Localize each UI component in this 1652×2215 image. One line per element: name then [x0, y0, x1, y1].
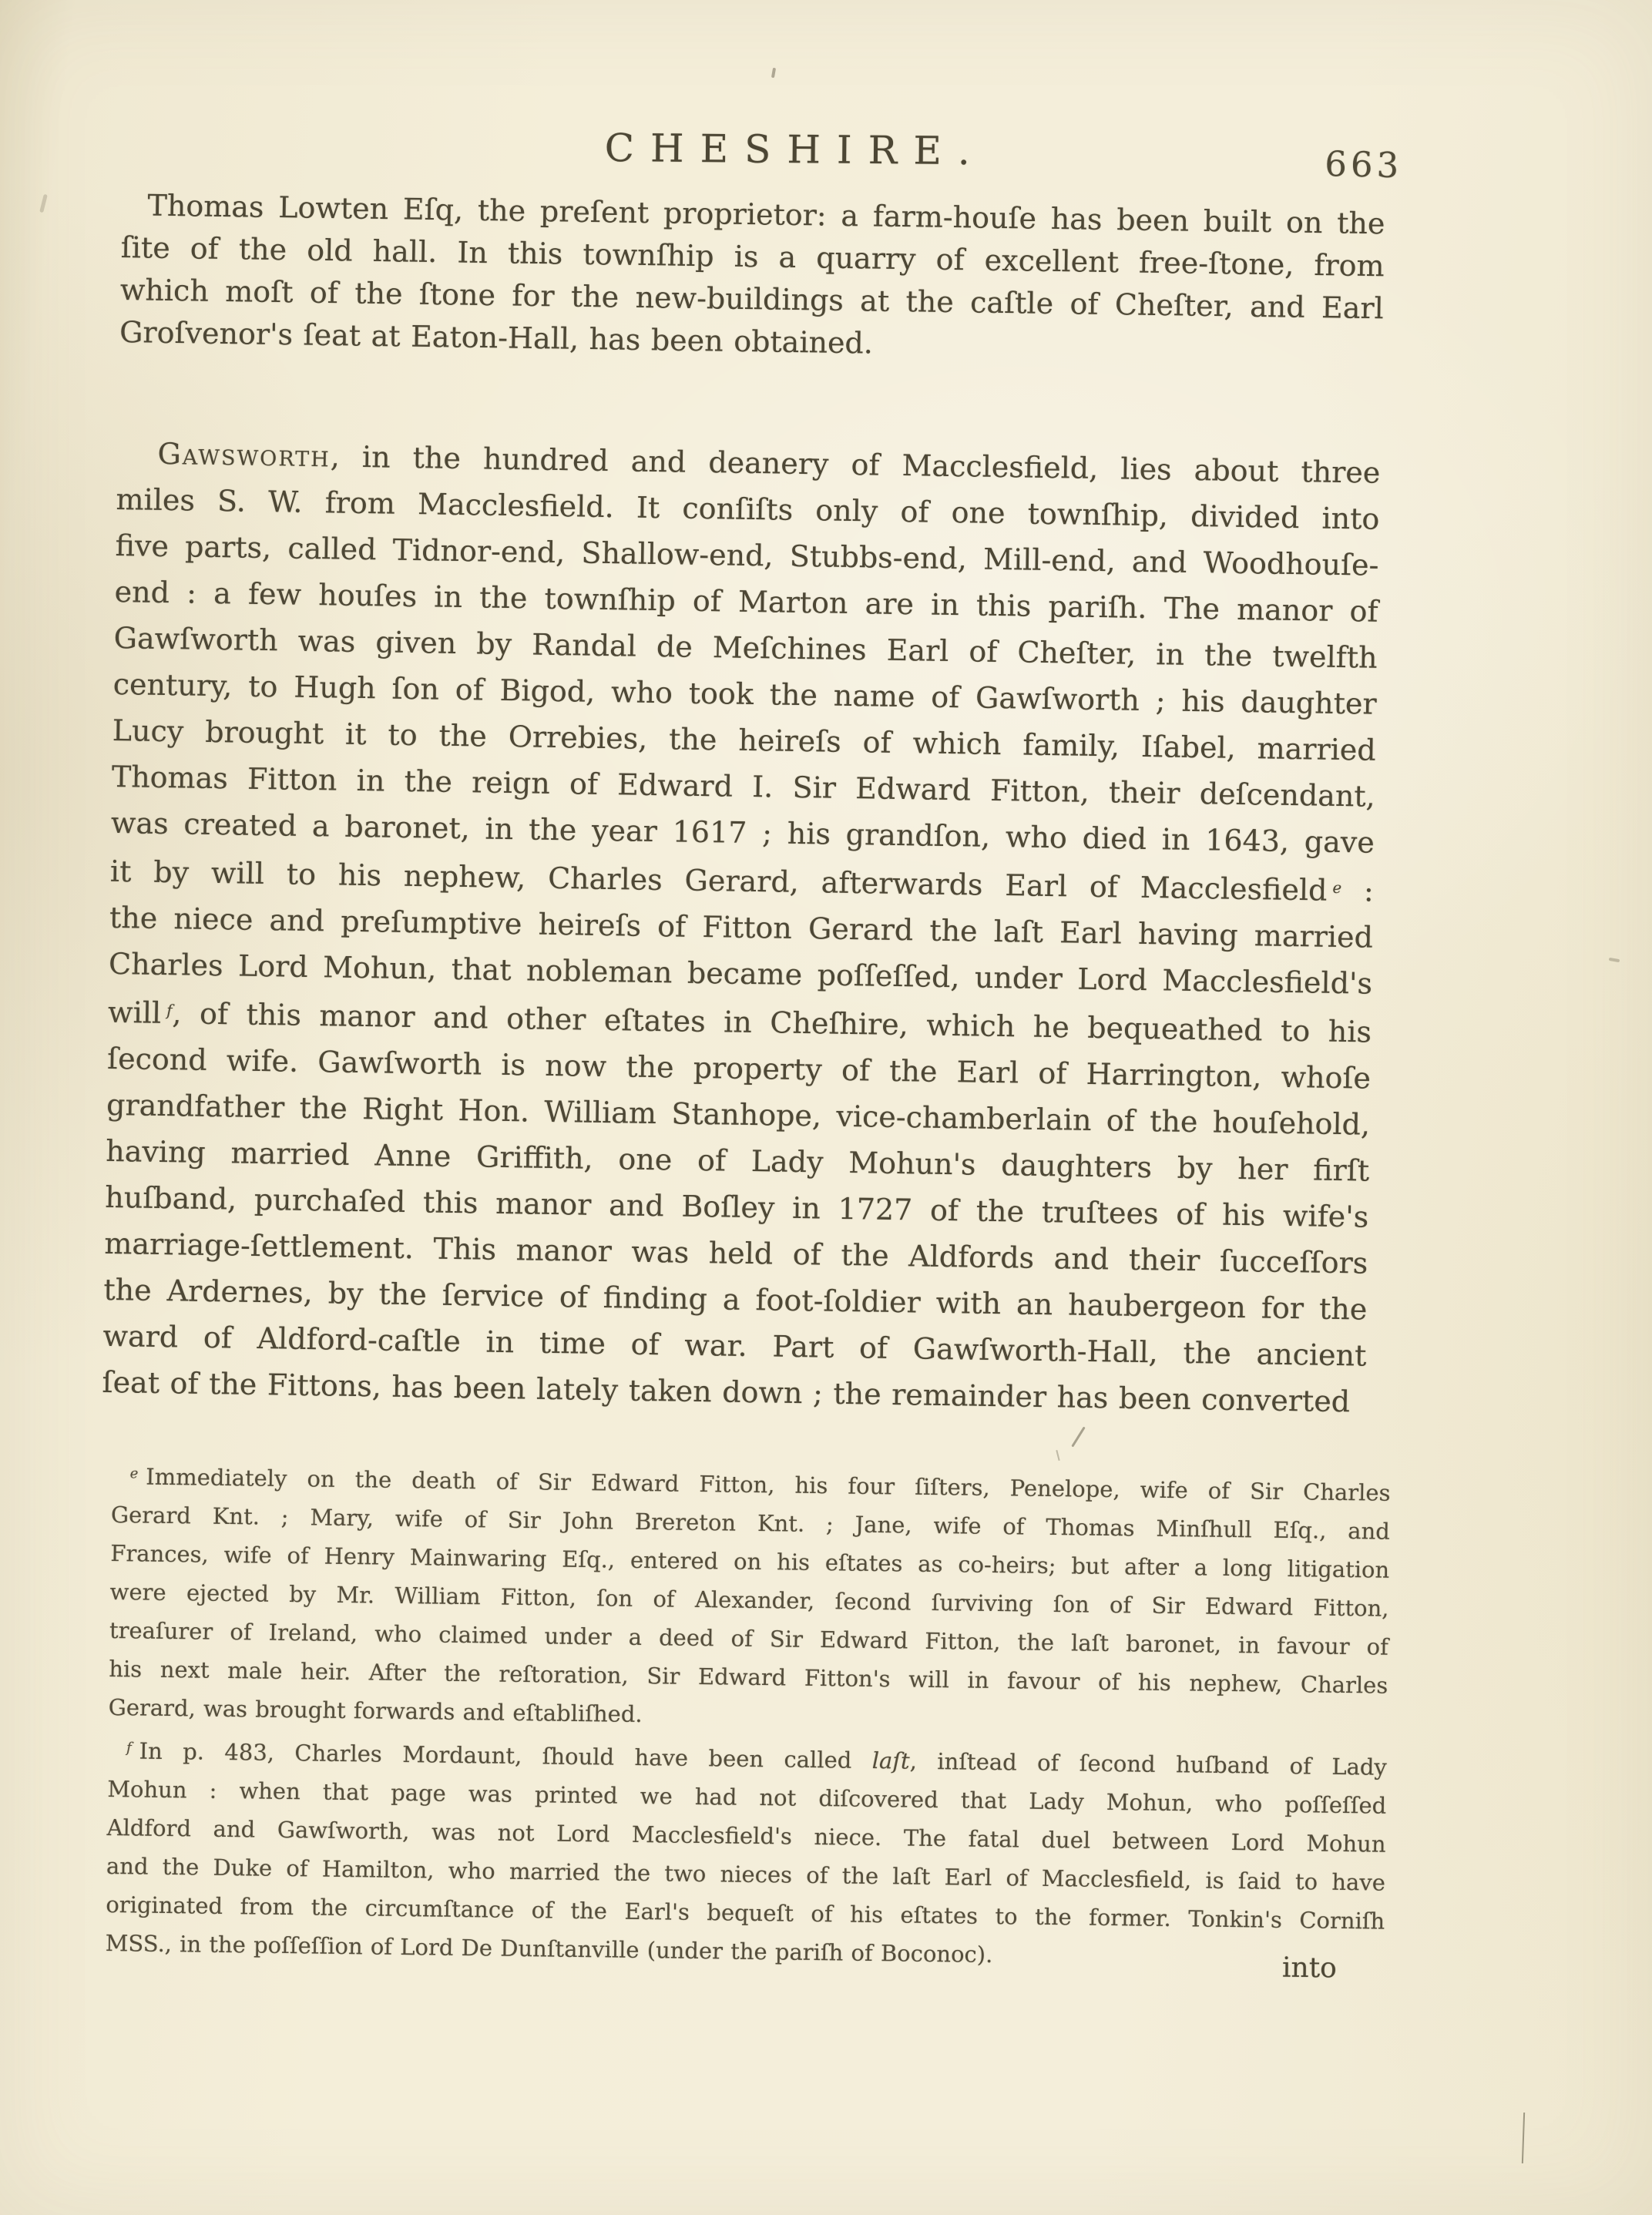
catchword: into	[1282, 1952, 1337, 1985]
page-number: 663	[1325, 143, 1403, 186]
book-page-scan: CHESHIRE. 663 Thomas Lowten Eſq, the pre…	[0, 0, 1652, 2215]
ink-slash-mark	[1071, 1426, 1085, 1447]
main-paragraph-1: Thomas Lowten Eſq, the preſent proprieto…	[119, 184, 1385, 372]
ink-tick-mark	[1056, 1450, 1059, 1461]
footnote-marker-e: e	[130, 1465, 139, 1482]
footnote-f: fIn p. 483, Charles Mordaunt, ſhould hav…	[105, 1729, 1387, 1979]
text-segment: :	[1341, 874, 1374, 908]
page-header-title: CHESHIRE.	[604, 126, 986, 173]
ink-dash-mark	[1609, 958, 1620, 962]
ink-speck-mark	[39, 194, 48, 213]
footnote-reference-e: e	[1332, 879, 1341, 897]
ink-speck-mark	[771, 68, 776, 78]
text-segment: will	[108, 995, 162, 1030]
paragraph-lead-word: Gawsworth	[157, 437, 331, 474]
footnotes-section: eImmediately on the death of Sir Edward …	[105, 1455, 1390, 1979]
text-segment: , inſtead of ſecond huſband of Lady	[909, 1748, 1387, 1780]
footnote-marker-f: f	[126, 1740, 132, 1756]
scan-hairline-mark	[1522, 2113, 1525, 2163]
text-segment: In p. 483, Charles Mordaunt, ſhould have…	[139, 1738, 872, 1774]
italic-text: laſt	[872, 1747, 910, 1774]
footnote-e: eImmediately on the death of Sir Edward …	[108, 1455, 1390, 1743]
main-paragraph-2: Gawsworth, in the hundred and deanery of…	[102, 430, 1381, 1425]
